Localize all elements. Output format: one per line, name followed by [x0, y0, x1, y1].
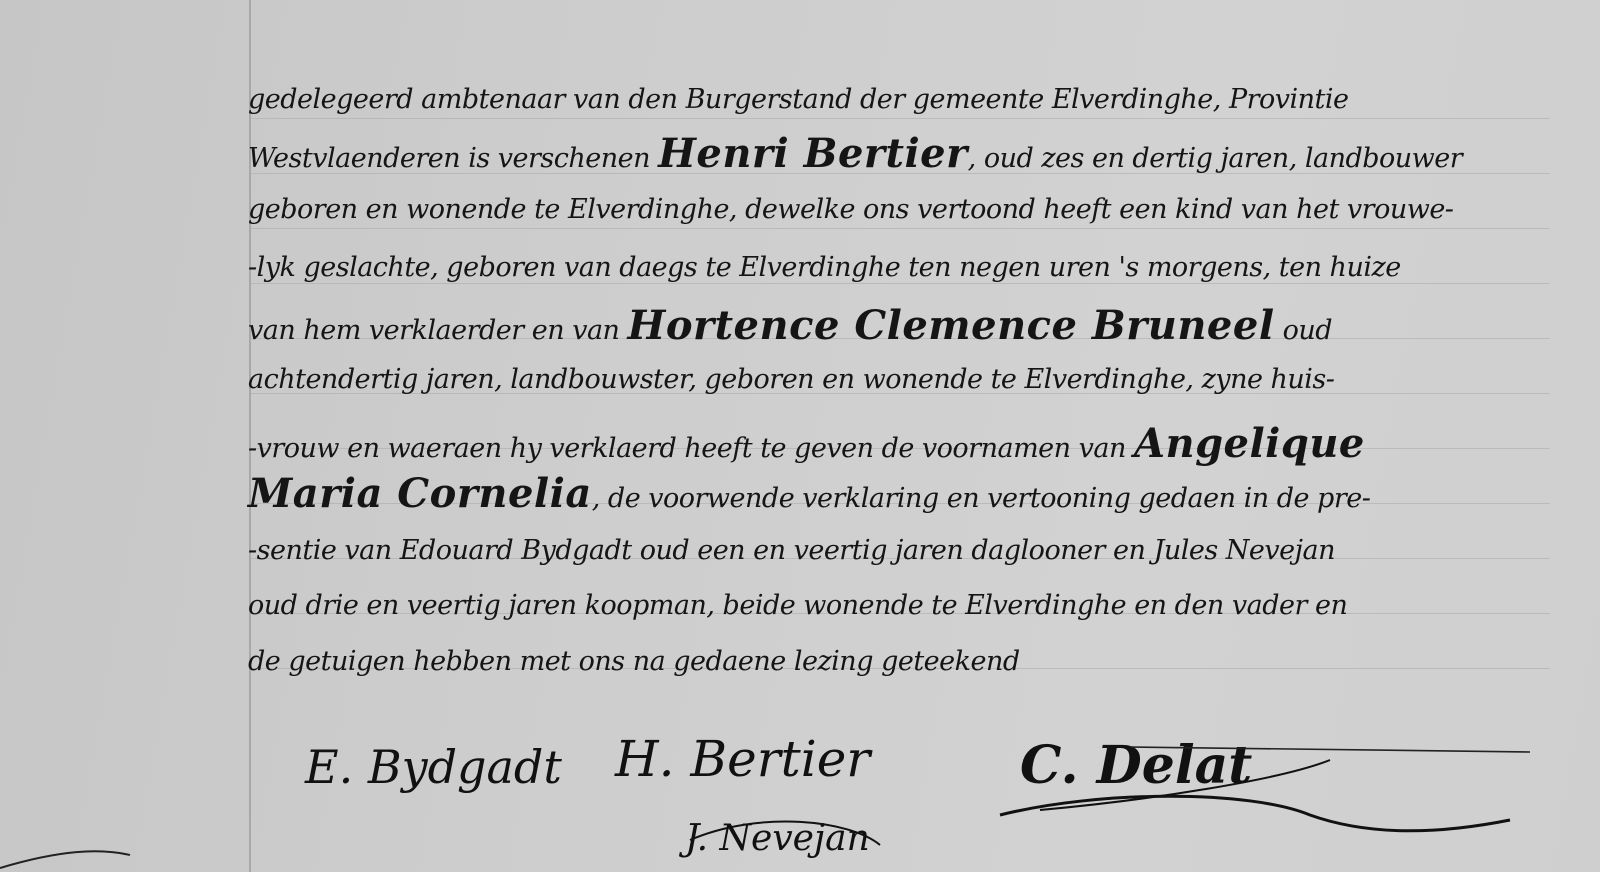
signature-flourish-icon — [0, 0, 1600, 872]
document-page: gedelegeerd ambtenaar van den Burgerstan… — [0, 0, 1600, 872]
